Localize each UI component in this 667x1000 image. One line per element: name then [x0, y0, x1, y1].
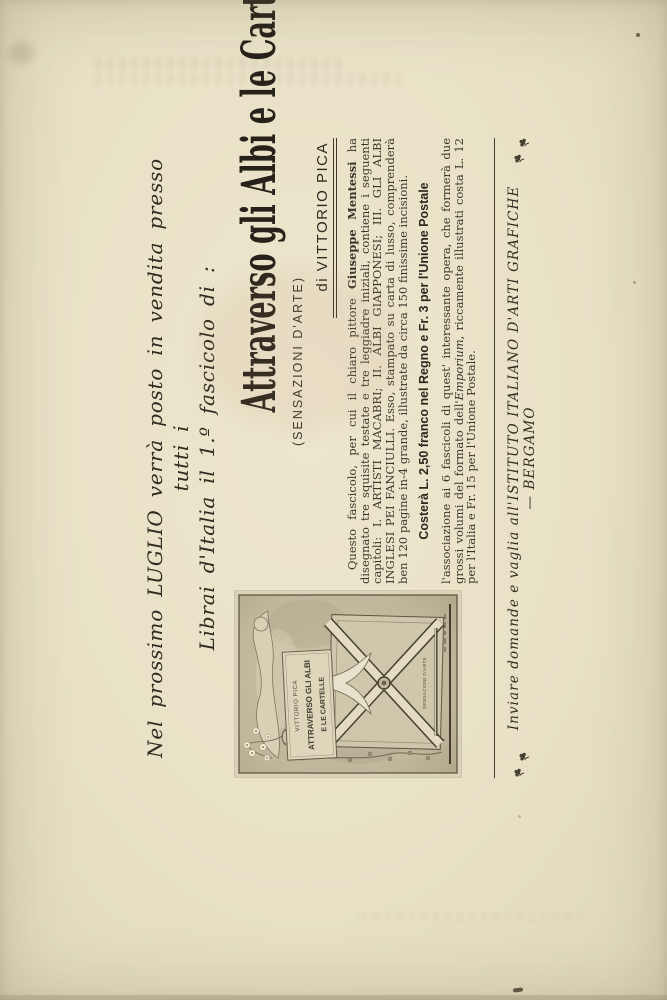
cover-artwork: VITTORIO PICA ATTRAVERSO GLI ALBI E LE C…	[238, 594, 458, 774]
page-bottom-edge	[0, 995, 667, 1000]
fleuron-icon	[514, 768, 525, 778]
rotated-advertisement-layer: Nel prossimo LUGLIO verrà posto in vendi…	[0, 0, 667, 1000]
ad-text-column: Attraverso gli Albi e le Cartelle (SENSA…	[234, 138, 478, 590]
fleuron-icon	[514, 154, 525, 164]
divider-rule	[494, 138, 495, 778]
author-byline: di VITTORIO PICA	[314, 138, 337, 318]
order-instructions-line: Inviare domande e vaglia all'ISTITUTO IT…	[506, 138, 538, 778]
fleuron-icon	[519, 752, 530, 762]
advertisement-block: Nel prossimo LUGLIO verrà posto in vendi…	[142, 138, 538, 778]
cover-plate-illustration: VITTORIO PICA ATTRAVERSO GLI ALBI E LE C…	[234, 590, 462, 778]
fleuron-icon	[519, 138, 530, 148]
announcement-line-1: Nel prossimo LUGLIO verrà posto in vendi…	[142, 138, 194, 778]
order-line-text: Inviare domande e vaglia all'ISTITUTO IT…	[506, 170, 538, 746]
subscription-paragraph: l'associazione ai 6 fascicoli di quest' …	[440, 138, 478, 584]
scanned-page: Nel prossimo LUGLIO verrà posto in vendi…	[0, 0, 667, 1000]
cover-title-plaque: VITTORIO PICA ATTRAVERSO GLI ALBI E LE C…	[282, 650, 337, 760]
content-row: VITTORIO PICA ATTRAVERSO GLI ALBI E LE C…	[234, 138, 478, 778]
publication-title: Attraverso gli Albi e le Cartelle	[234, 138, 286, 584]
price-line: Costerà L. 2,50 franco nel Regno e Fr. 3…	[417, 138, 431, 584]
cover-subtitle: SENSAZIONI D'ARTE	[422, 657, 427, 709]
publication-subtitle: (SENSAZIONI D'ARTE)	[291, 138, 305, 584]
announcement-line-2: Librai d'Italia il 1.º fascicolo di :	[194, 138, 220, 778]
byline-row: di VITTORIO PICA	[312, 138, 337, 584]
description-paragraph: Questo fascicolo, per cui il chiaro pitt…	[346, 138, 409, 584]
